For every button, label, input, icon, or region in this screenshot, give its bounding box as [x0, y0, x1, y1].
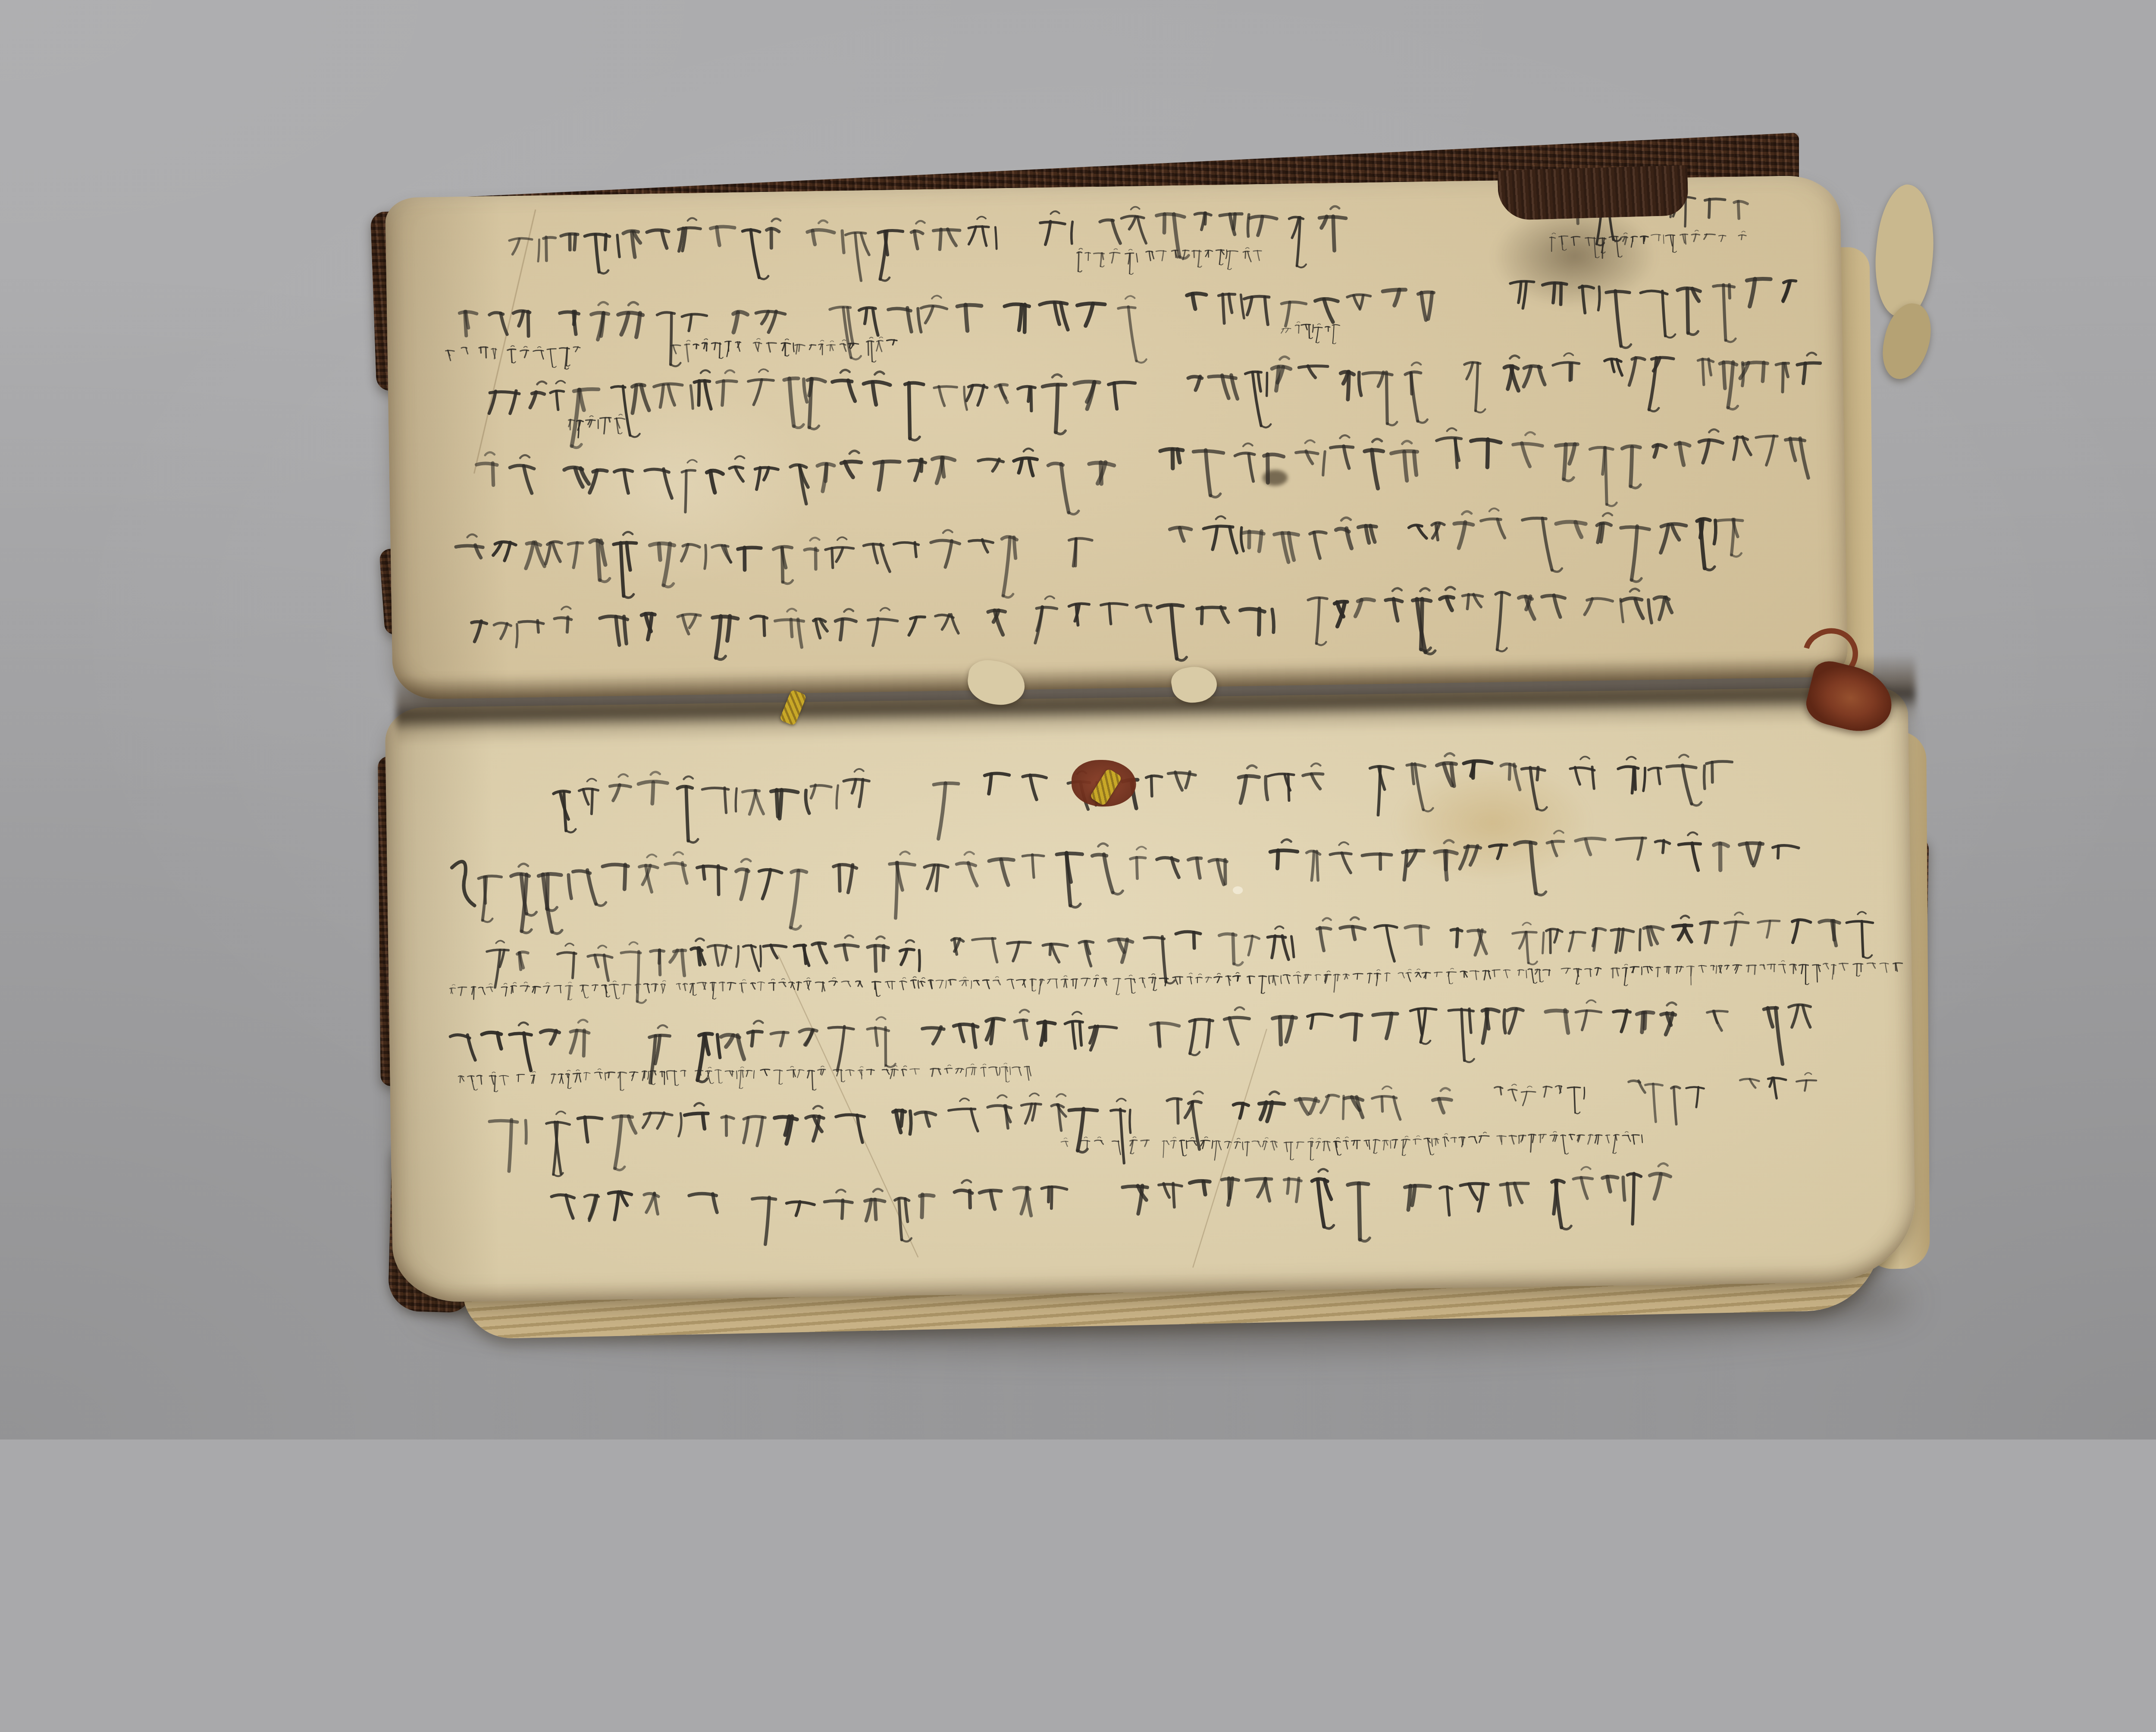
text-line: [456, 525, 1093, 606]
binding-knot: [1802, 624, 1899, 732]
text-line: [1187, 289, 1434, 327]
lower-page: [385, 687, 1916, 1303]
text-line: [1272, 997, 1811, 1071]
cover-visible-through-torn-edge: [1498, 165, 1689, 221]
text-line: [1308, 584, 1672, 656]
text-line: [893, 1092, 1131, 1166]
text-line: [552, 1179, 1068, 1247]
text-line: [1409, 505, 1744, 585]
text-line: [1510, 277, 1797, 349]
text-line: [890, 842, 1228, 918]
annotation-line: [671, 336, 897, 365]
text-line: [487, 935, 920, 1005]
annotation-line: [1061, 1129, 1643, 1164]
manuscript-photo: [0, 0, 2156, 1440]
text-line: [1160, 434, 1418, 498]
annotation-line: [1550, 229, 1746, 259]
text-line: [509, 213, 997, 286]
text-line: [1629, 1073, 1817, 1125]
text-line: [1464, 349, 1821, 414]
annotation-line: [445, 345, 580, 371]
annotation-line: [1495, 1083, 1585, 1115]
text-line: [952, 926, 1294, 986]
annotation-line: [449, 959, 1902, 1005]
text-line: [489, 364, 1136, 449]
upper-page: [385, 175, 1848, 700]
text-line: [476, 442, 1115, 524]
knot-rust-tuft: [1802, 657, 1899, 738]
text-line: [1436, 423, 1809, 509]
torn-paper-tab-upper: [1868, 182, 1941, 320]
upper-page-script: [385, 175, 1848, 700]
torn-paper-tab-lower: [1877, 299, 1937, 383]
text-line: [1170, 514, 1377, 564]
lower-page-script: [385, 687, 1916, 1303]
text-line: [922, 1007, 1250, 1059]
text-line: [489, 1101, 865, 1177]
text-line: [1122, 1163, 1671, 1244]
annotation-line: [1281, 321, 1340, 345]
text-line: [988, 593, 1274, 663]
text-line: [1270, 827, 1799, 899]
text-line: [471, 600, 959, 663]
text-line: [459, 292, 1146, 373]
text-line: [934, 770, 1196, 839]
text-line: [452, 850, 858, 935]
text-line: [1188, 355, 1428, 429]
text-line: [1317, 910, 1874, 967]
text-line: [1040, 204, 1347, 272]
text-line: [1238, 750, 1733, 817]
annotation-line: [1077, 245, 1262, 275]
text-line: [553, 769, 870, 844]
annotation-line: [458, 1062, 1031, 1095]
